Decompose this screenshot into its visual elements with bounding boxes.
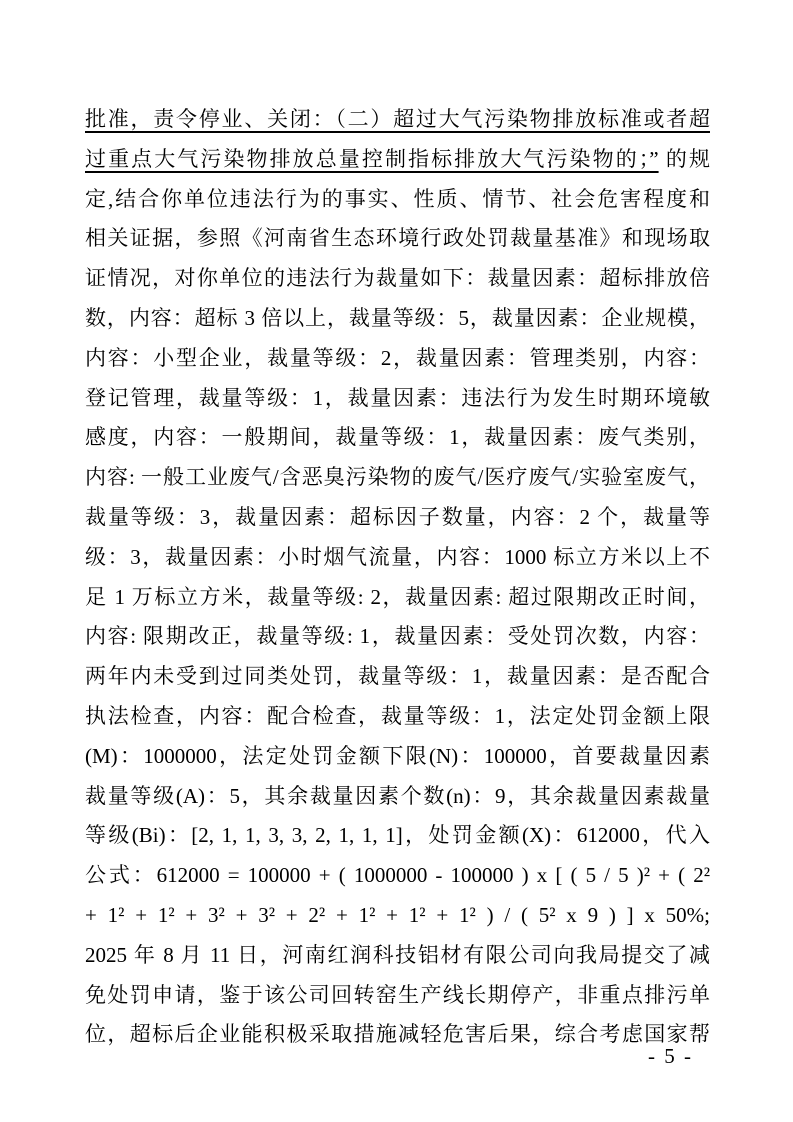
text-line: 执法检查，内容：配合检查，裁量等级：1，法定处罚金额上限	[85, 697, 710, 737]
text-line: 免处罚申请，鉴于该公司回转窑生产线长期停产，非重点排污单	[85, 976, 710, 1016]
text-line: 相关证据，参照《河南省生态环境行政处罚裁量基准》和现场取	[85, 219, 710, 259]
document-page: 批准，责令停业、关闭：（二）超过大气污染物排放标准或者超 过重点大气污染物排放总…	[0, 0, 793, 1122]
text-line: 两年内未受到过同类处罚，裁量等级：1，裁量因素：是否配合	[85, 657, 710, 697]
text-line: 定,结合你单位违法行为的事实、性质、情节、社会危害程度和	[85, 180, 710, 220]
text-line: 等级(Bi)：[2, 1, 1, 3, 3, 2, 1, 1, 1]，处罚金额(…	[85, 816, 710, 856]
text-line: 裁量等级：3，裁量因素：超标因子数量，内容：2 个，裁量等	[85, 498, 710, 538]
penalty-formula-line: + 1² + 1² + 3² + 3² + 2² + 1² + 1² + 1² …	[85, 896, 710, 936]
text-line: 登记管理，裁量等级：1，裁量因素：违法行为发生时期环境敏	[85, 379, 710, 419]
underlined-statute-text: 批准，责令停业、关闭：（二）超过大气污染物排放标准或者超	[85, 107, 710, 131]
text-line: 裁量等级(A)：5，其余裁量因素个数(n)：9，其余裁量因素裁量	[85, 777, 710, 817]
text-line: 级：3，裁量因素：小时烟气流量，内容：1000 标立方米以上不	[85, 538, 710, 578]
body-text: 的规	[666, 147, 710, 171]
statute-quote-line: 过重点大气污染物排放总量控制指标排放大气污染物的；” 的规	[85, 140, 710, 180]
text-line: 足 1 万标立方米，裁量等级: 2，裁量因素: 超过限期改正时间，	[85, 578, 710, 618]
text-line: 数，内容：超标 3 倍以上，裁量等级：5，裁量因素：企业规模，	[85, 299, 710, 339]
text-line: 内容: 一般工业废气/含恶臭污染物的废气/医疗废气/实验室废气，	[85, 458, 710, 498]
penalty-formula-line: 公式：612000 = 100000 + ( 1000000 - 100000 …	[85, 856, 710, 896]
text-line: 内容：小型企业，裁量等级：2，裁量因素：管理类别，内容：	[85, 339, 710, 379]
text-line: 感度，内容：一般期间，裁量等级：1，裁量因素：废气类别，	[85, 418, 710, 458]
page-number: - 5 -	[648, 1044, 693, 1068]
document-body: 批准，责令停业、关闭：（二）超过大气污染物排放标准或者超 过重点大气污染物排放总…	[85, 100, 710, 1055]
text-line: (M)：1000000，法定处罚金额下限(N)：100000，首要裁量因素	[85, 737, 710, 777]
statute-quote-line: 批准，责令停业、关闭：（二）超过大气污染物排放标准或者超	[85, 100, 710, 140]
text-line: 内容: 限期改正，裁量等级: 1，裁量因素：受处罚次数，内容：	[85, 617, 710, 657]
text-line: 位，超标后企业能积极采取措施减轻危害后果，综合考虑国家帮	[85, 1015, 710, 1055]
text-line: 2025 年 8 月 11 日，河南红润科技铝材有限公司向我局提交了减	[85, 936, 710, 976]
text-line: 证情况，对你单位的违法行为裁量如下：裁量因素：超标排放倍	[85, 259, 710, 299]
underlined-statute-text: 过重点大气污染物排放总量控制指标排放大气污染物的；”	[85, 147, 659, 171]
